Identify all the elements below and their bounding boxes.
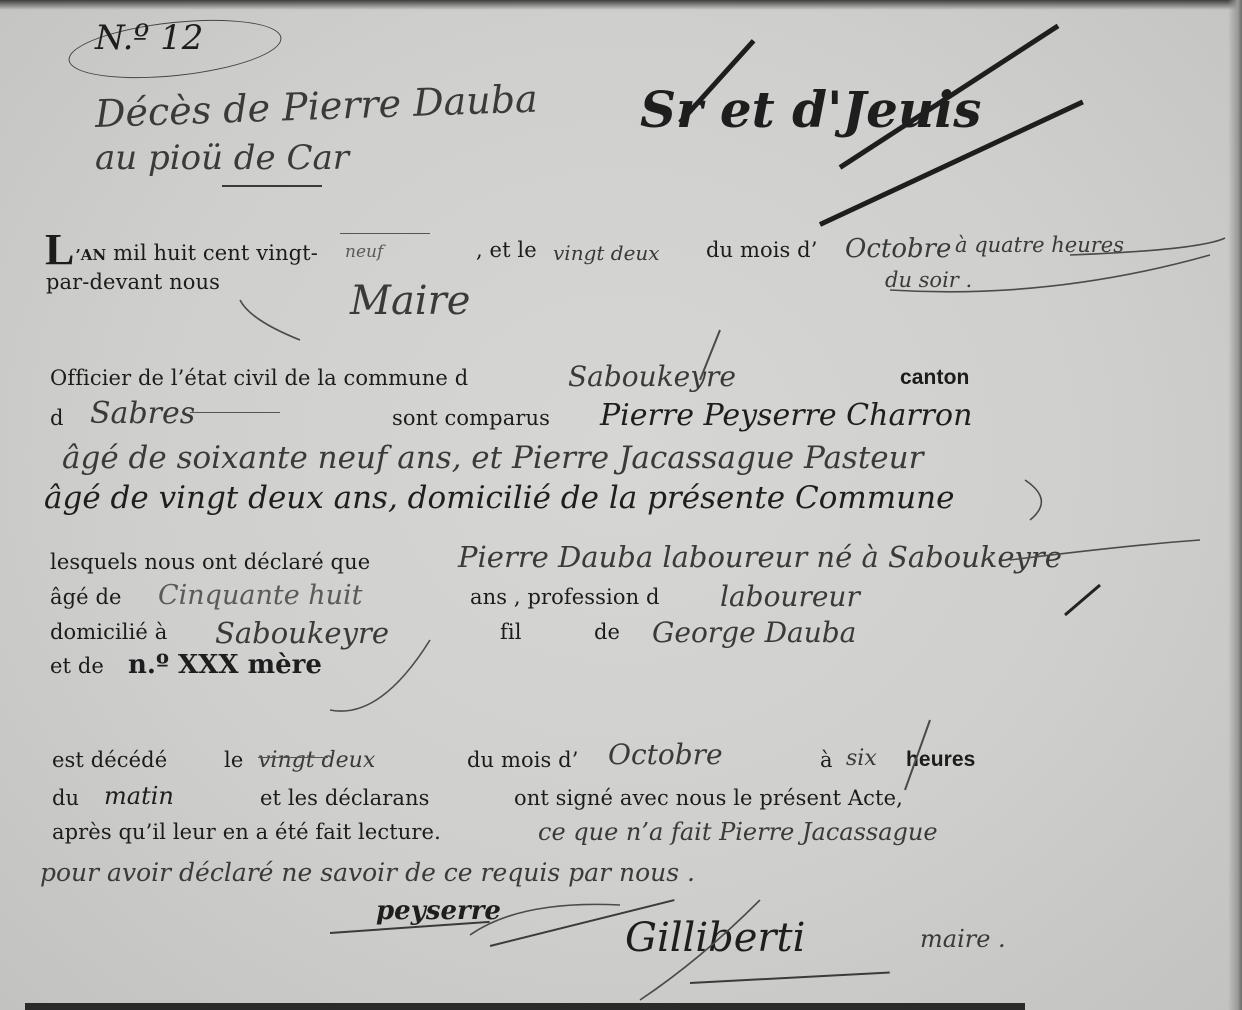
scanned-register-page: N.º 12 Décès de Pierre Dauba au pioü de … (0, 0, 1242, 1010)
page-bottom-rule (25, 1003, 1025, 1010)
ink-flourishes (0, 0, 1242, 1010)
